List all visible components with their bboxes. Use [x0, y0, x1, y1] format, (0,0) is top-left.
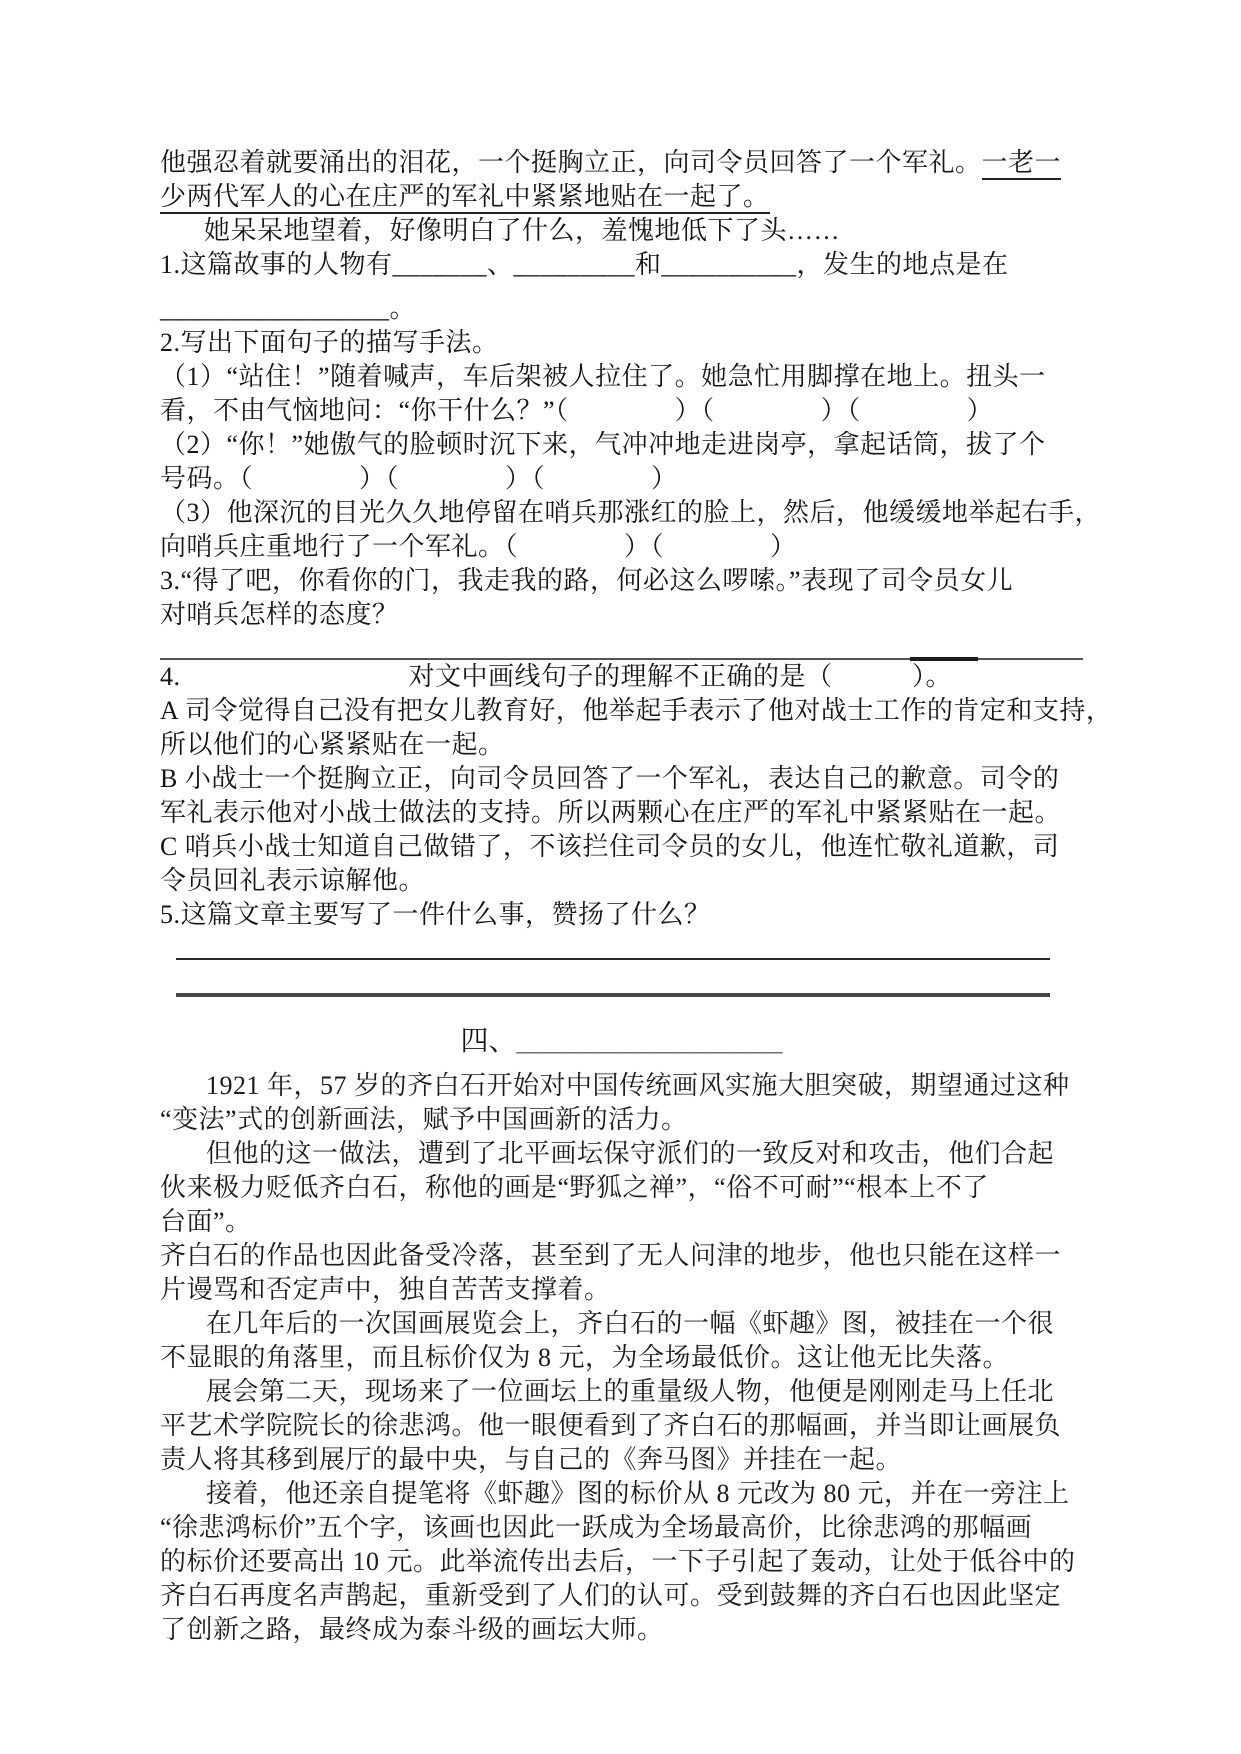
question-2-item-2-line-2: 号码。（ ）（ ）（ ） — [160, 462, 1083, 496]
question-2-item-1-line-1: （1）“站住！”随着喊声，车后架被人拉住了。她急忙用脚撑在地上。扭头一 — [160, 360, 1083, 394]
option-c-line-1: C 哨兵小战士知道自己做错了，不该拦住司令员的女儿，他连忙敬礼道歉，司 — [160, 830, 1083, 864]
passage-p3-line-1: 齐白石的作品也因此备受冷落，甚至到了无人问津的地步，他也只能在这样一 — [160, 1239, 1083, 1273]
answer-line-q5-first — [176, 932, 1050, 960]
option-b-line-1: B 小战士一个挺胸立正，向司令员回答了一个军礼，表达自己的歉意。司令的 — [160, 762, 1083, 796]
option-a-line-1: A 司令觉得自己没有把女儿教育好，他举起手表示了他对战士工作的肯定和支持， — [160, 694, 1083, 728]
option-b-line-2: 军礼表示他对小战士做法的支持。所以两颗心在庄严的军礼中紧紧贴在一起。 — [160, 796, 1083, 830]
question-3-line-1: 3.“得了吧，你看你的门，我走我的路，何必这么啰嗦。”表现了司令员女儿 — [160, 564, 1083, 598]
question-2: 2.写出下面句子的描写手法。 — [160, 326, 1083, 360]
passage-p2-line-2: 伙来极力贬低齐白石，称他的画是“野狐之禅”，“俗不可耐”“根本上不了 — [160, 1171, 1083, 1205]
question-2-item-1-line-2: 看，不由气恼地问：“你干什么？”（ ）（ ）（ ） — [160, 394, 1083, 428]
answer-line-q3 — [160, 632, 1083, 660]
passage-p6-line-4: 齐白石再度名声鹊起，重新受到了人们的认可。受到鼓舞的齐白石也因此坚定 — [160, 1579, 1083, 1613]
question-2-item-3-line-2: 向哨兵庄重地行了一个军礼。（ ）（ ） — [160, 530, 1083, 564]
answer-line-q3-bold-segment — [910, 657, 978, 661]
question-4-line: 4.对文中画线句子的理解不正确的是（ ）。 — [160, 660, 1083, 694]
question-5: 5.这篇文章主要写了一件什么事，赞扬了什么？ — [160, 898, 1083, 932]
passage-p4-line-1: 在几年后的一次国画展览会上，齐白石的一幅《虾趣》图，被挂在一个很 — [160, 1307, 1083, 1341]
passage-p1-line-2: “变法”式的创新画法，赋予中国画新的活力。 — [160, 1103, 1083, 1137]
story-line-2-underlined: 少两代军人的心在庄严的军礼中紧紧地贴在一起了。 — [160, 182, 770, 214]
story-narration-line: 她呆呆地望着，好像明白了什么，羞愧地低下了头…… — [160, 214, 1083, 248]
story-line-1-underlined: 一老一 — [982, 148, 1062, 180]
passage-p2-line-1: 但他的这一做法，遭到了北平画坛保守派们的一致反对和攻击，他们合起 — [160, 1137, 1083, 1171]
story-line-1: 他强忍着就要涌出的泪花，一个挺胸立正，向司令员回答了一个军礼。一老一 — [160, 146, 1083, 180]
option-a-line-2: 所以他们的心紧紧贴在一起。 — [160, 728, 1083, 762]
section-4-title-blank: ___________________ — [517, 1026, 783, 1057]
question-2-item-3-line-1: （3）他深沉的目光久久地停留在哨兵那涨红的脸上，然后，他缓缓地举起右手， — [160, 496, 1083, 530]
passage-p5-line-1: 展会第二天，现场来了一位画坛上的重量级人物，他便是刚刚走马上任北 — [160, 1375, 1083, 1409]
passage-p6-line-1: 接着，他还亲自提笔将《虾趣》图的标价从 8 元改为 80 元，并在一旁注上 — [160, 1477, 1083, 1511]
passage-p6-line-5: 了创新之路，最终成为泰斗级的画坛大师。 — [160, 1613, 1083, 1647]
option-c-line-2: 令员回礼表示谅解他。 — [160, 864, 1083, 898]
passage-p4-line-2: 不显眼的角落里，而且标价仅为 8 元，为全场最低价。这让他无比失落。 — [160, 1341, 1083, 1375]
passage-p1-line-1: 1921 年，57 岁的齐白石开始对中国传统画风实施大胆突破，期望通过这种 — [160, 1069, 1083, 1103]
answer-line-q5-second — [176, 960, 1050, 997]
passage-p3-line-2: 片谩骂和否定声中，独自苦苦支撑着。 — [160, 1273, 1083, 1307]
passage-p5-line-3: 责人将其移到展厅的最中央，与自己的《奔马图》并挂在一起。 — [160, 1443, 1083, 1477]
section-4-number: 四、 — [460, 1026, 516, 1057]
worksheet-page: 他强忍着就要涌出的泪花，一个挺胸立正，向司令员回答了一个军礼。一老一 少两代军人… — [0, 0, 1241, 1754]
question-2-item-2-line-1: （2）“你！”她傲气的脸顿时沉下来，气冲冲地走进岗亭，拿起话筒，拔了个 — [160, 428, 1083, 462]
passage-p5-line-2: 平艺术学院院长的徐悲鸿。他一眼便看到了齐白石的那幅画，并当即让画展负 — [160, 1409, 1083, 1443]
question-4-number: 4. — [160, 662, 181, 691]
passage-p2-line-3: 台面”。 — [160, 1205, 1083, 1239]
question-3-line-2: 对哨兵怎样的态度？ — [160, 598, 1083, 632]
story-line-1-normal: 他强忍着就要涌出的泪花，一个挺胸立正，向司令员回答了一个军礼。 — [160, 148, 982, 177]
passage-p6-line-3: 的标价还要高出 10 元。此举流传出去后，一下子引起了轰动，让处于低谷中的 — [160, 1545, 1083, 1579]
section-4-heading: 四、___________________ — [160, 1021, 1083, 1063]
question-1-line-1: 1.这篇故事的人物有_______、_________和__________，发… — [160, 248, 1083, 282]
question-1-line-2: _________________。 — [160, 292, 1083, 326]
story-line-2: 少两代军人的心在庄严的军礼中紧紧地贴在一起了。 — [160, 180, 1083, 214]
question-4-text: 对文中画线句子的理解不正确的是（ ）。 — [409, 662, 953, 691]
passage-p6-line-2: “徐悲鸿标价”五个字，该画也因此一跃成为全场最高价，比徐悲鸿的那幅画 — [160, 1511, 1083, 1545]
